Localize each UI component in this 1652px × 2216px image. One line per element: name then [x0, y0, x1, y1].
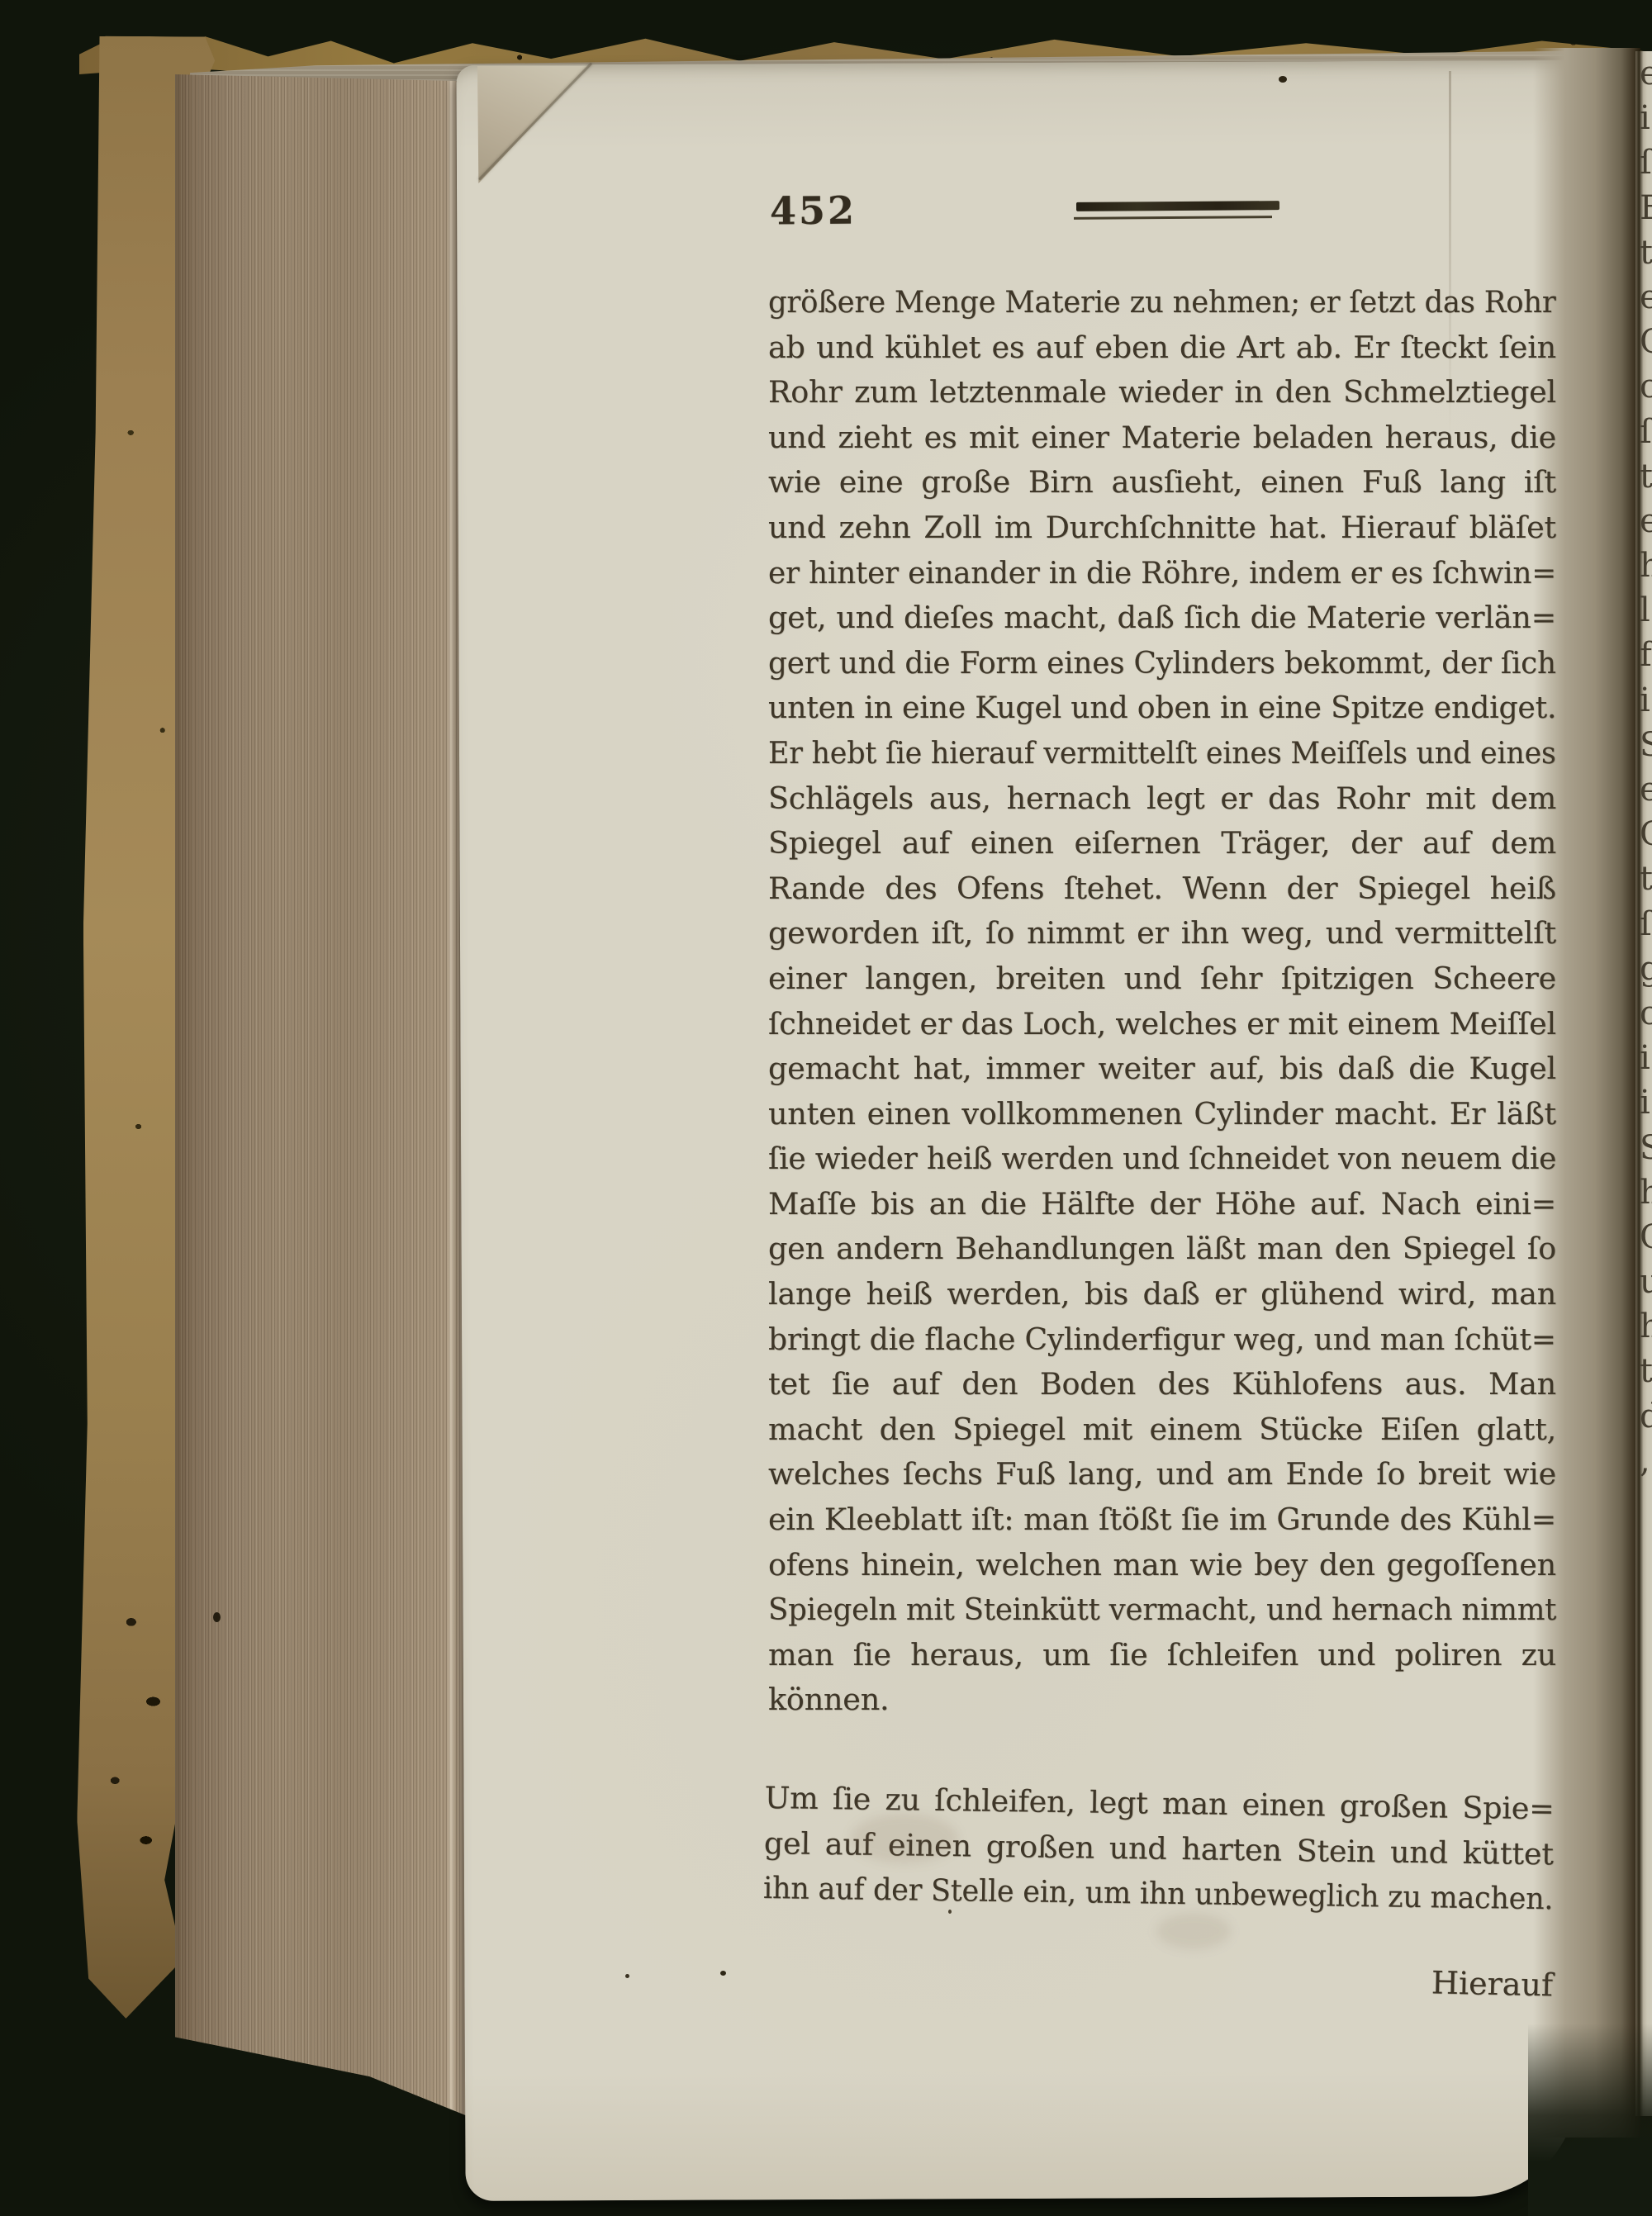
text-line: unten in eine Kugel und oben in eine Spi… [768, 686, 1550, 731]
text-line: man ſie heraus, um ſie ſchleifen und pol… [768, 1633, 1556, 1678]
text-line: welches ſechs Fuß lang, und am Ende ſo b… [768, 1452, 1556, 1497]
text-line: er hinter einander in die Röhre, indem e… [768, 551, 1540, 596]
text-line: ſie wieder heiß werden und ſchneidet von… [768, 1136, 1545, 1182]
text-line: macht den Spiegel mit einem Stücke Eiſen… [768, 1407, 1556, 1453]
text-line: können. [768, 1677, 1556, 1723]
ink-speck [1279, 76, 1287, 83]
show-through-smudge [1156, 1913, 1231, 1949]
text-line: ſchneidet er das Loch, welches er mit ei… [768, 1002, 1556, 1047]
text-line: und zehn Zoll im Durchſchnitte hat. Hier… [768, 505, 1556, 551]
header-rule-thin-line [1074, 216, 1272, 220]
text-line: bringt die flache Cylinderfigur weg, und… [768, 1317, 1546, 1363]
text-line: und zieht es mit einer Materie beladen h… [768, 415, 1556, 461]
text-line: Er hebt ſie hierauf vermittelſt eines Me… [768, 731, 1520, 776]
ink-speck [213, 1612, 221, 1622]
text-line: gen andern Behandlungen läßt man den Spi… [768, 1227, 1556, 1272]
text-line: ofens hinein, welchen man wie bey den ge… [768, 1543, 1556, 1588]
header-rule-thick-line [1076, 201, 1279, 211]
text-line: Spiegeln mit Steinkütt vermacht, und her… [768, 1587, 1535, 1633]
text-line: größere Menge Materie zu nehmen; er ſetz… [768, 280, 1531, 325]
body-paragraph-1: größere Menge Materie zu nehmen; er ſetz… [768, 280, 1556, 1727]
text-line: ihn auf der Stelle ein, um ihn unbewegli… [763, 1866, 1519, 1921]
text-line: gert und die Form eines Cylinders bekomm… [768, 641, 1540, 686]
text-line: Schlägels aus, hernach legt er das Rohr … [768, 776, 1556, 822]
text-line: geworden iſt, ſo nimmt er ihn weg, und v… [768, 911, 1556, 956]
show-through-smudge [851, 1814, 958, 1863]
text-line: Maſſe bis an die Hälfte der Höhe auf. Na… [768, 1182, 1556, 1227]
text-line: tet ſie auf den Boden des Kühlofens aus.… [768, 1362, 1556, 1407]
text-line: get, und dieſes macht, daß ſich die Mate… [768, 596, 1556, 641]
page-content: 452 größere Menge Materie zu nehmen; er … [0, 0, 1652, 2216]
text-line: wie eine große Birn ausſieht, einen Fuß … [768, 460, 1556, 505]
ink-speck [948, 1910, 952, 1914]
text-line: ab und kühlet es auf eben die Art ab. Er… [768, 325, 1556, 371]
text-line: Rande des Ofens ſtehet. Wenn der Spiegel… [768, 866, 1556, 912]
text-line: gemacht hat, immer weiter auf, bis daß d… [768, 1046, 1556, 1092]
text-line: Rohr zum letztenmale wieder in den Schme… [768, 370, 1556, 415]
text-line: lange heiß werden, bis daß er glühend wi… [768, 1272, 1556, 1317]
page-number: 452 [770, 188, 857, 234]
catchword: Hierauf [1256, 1961, 1578, 2004]
ink-speck [625, 1974, 629, 1978]
ink-speck [720, 1971, 726, 1976]
book-scan: e i ſ E t e C c ſ t e h [0, 0, 1652, 2216]
text-line: ein Kleeblatt iſt: man ſtößt ſie im Grun… [768, 1497, 1556, 1543]
text-line: Spiegel auf einen eiſernen Träger, der a… [768, 821, 1556, 866]
text-line: unten einen vollkommenen Cylinder macht.… [768, 1092, 1556, 1137]
text-line: einer langen, breiten und ſehr ſpitzigen… [768, 956, 1556, 1002]
